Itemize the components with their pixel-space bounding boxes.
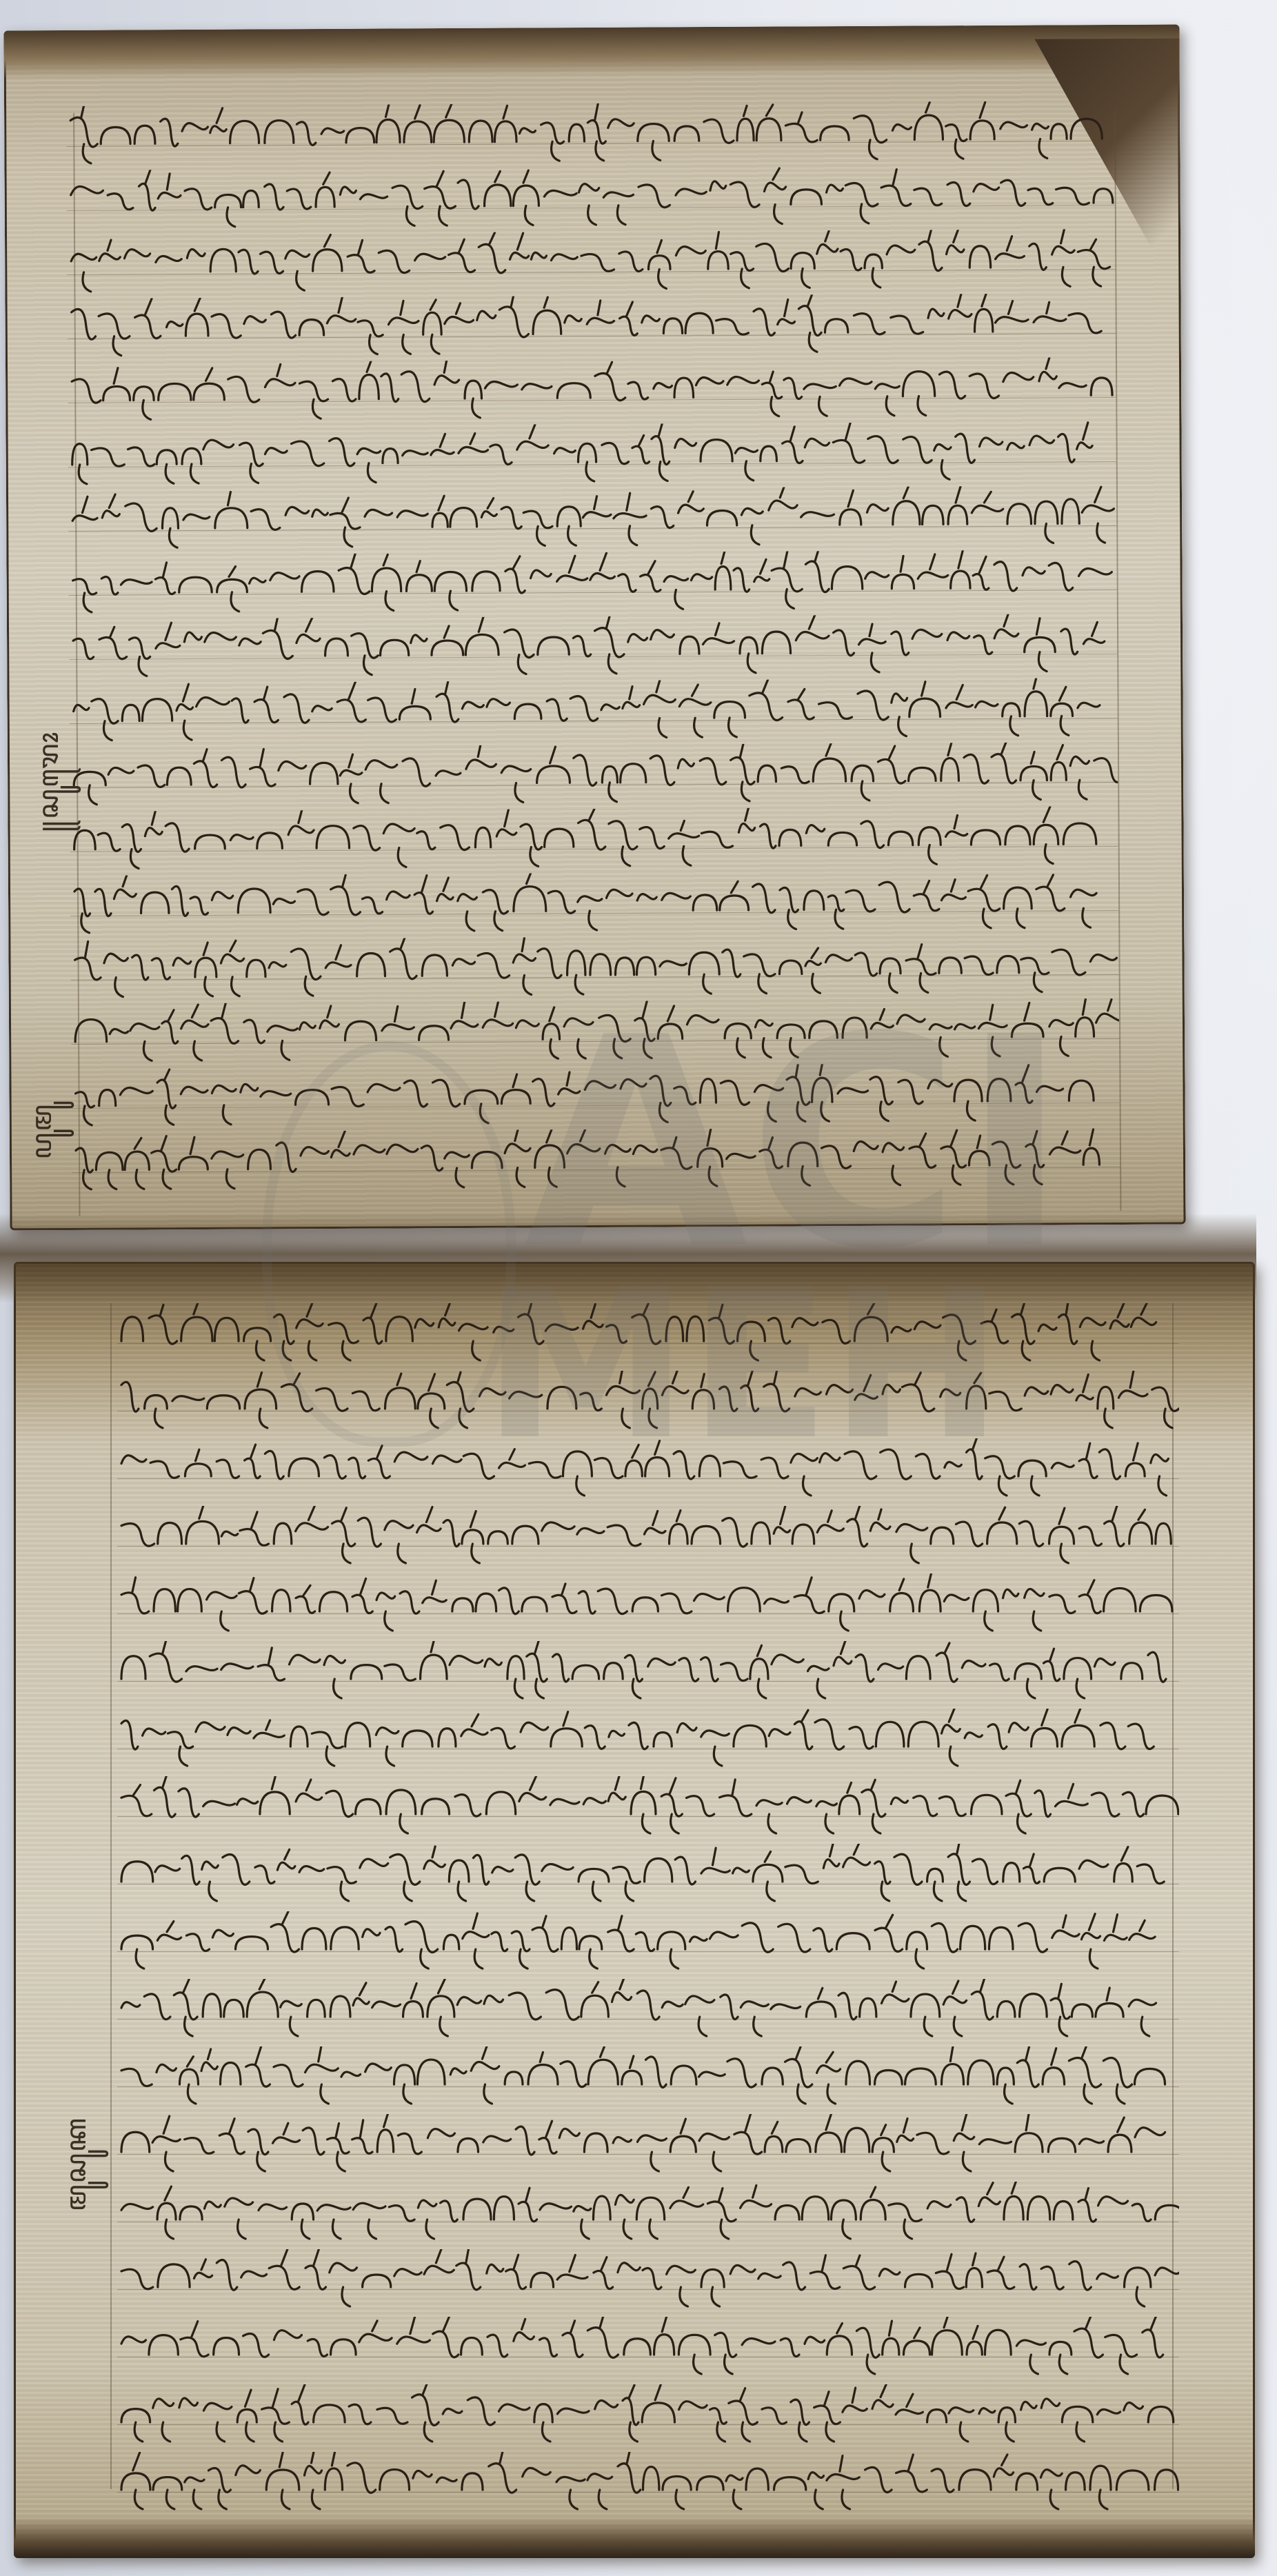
handwritten-line [117,1641,1179,1703]
manuscript-upper-page [3,25,1185,1231]
margin-note: ꧋ꦱꦸꦫꦺꦴ [21,731,77,832]
handwritten-line [117,2317,1179,2379]
handwritten-line [117,1776,1179,1838]
handwritten-line [68,421,1116,489]
handwritten-line [69,678,1117,745]
handwritten-line [117,2114,1179,2176]
handwritten-line [71,1063,1119,1130]
handwritten-line [117,1979,1179,2041]
left-margin-rule [110,1303,112,2489]
page-bottom-edge [14,2517,1255,2558]
handwritten-line [117,1506,1179,1568]
handwritten-line [117,2384,1179,2446]
handwritten-line [117,2182,1179,2244]
handwritten-line [117,1844,1179,1906]
margin-note: ꦩꦸꦱꦸꦏ [48,2117,105,2211]
handwritten-line [70,934,1118,1002]
handwritten-line [117,2046,1179,2109]
handwritten-line [68,357,1116,425]
handwritten-line [117,1709,1179,1771]
page-top-edge [3,25,1179,79]
margin-note: ꦥꦸꦩꦸ [14,1103,70,1159]
page-fold-shadow [0,1214,1256,1303]
handwritten-line [66,101,1114,168]
handwritten-line [117,2452,1179,2514]
handwritten-line [69,614,1117,681]
handwritten-line [117,1303,1179,1365]
handwritten-line [117,1573,1179,1636]
handwritten-line [117,2249,1179,2311]
handwritten-line [67,293,1115,361]
handwritten-line [70,742,1118,809]
handwritten-line [70,870,1118,938]
handwritten-line [117,1438,1179,1500]
handwritten-line [70,806,1118,874]
handwritten-line [68,485,1116,553]
handwritten-line [117,1371,1179,1433]
manuscript-lower-page [14,1262,1255,2558]
handwritten-line [72,1127,1120,1194]
handwritten-line [71,998,1119,1066]
handwritten-line [67,229,1115,296]
handwritten-line [117,1911,1179,1973]
handwritten-line [68,550,1116,617]
handwritten-line [67,165,1115,232]
